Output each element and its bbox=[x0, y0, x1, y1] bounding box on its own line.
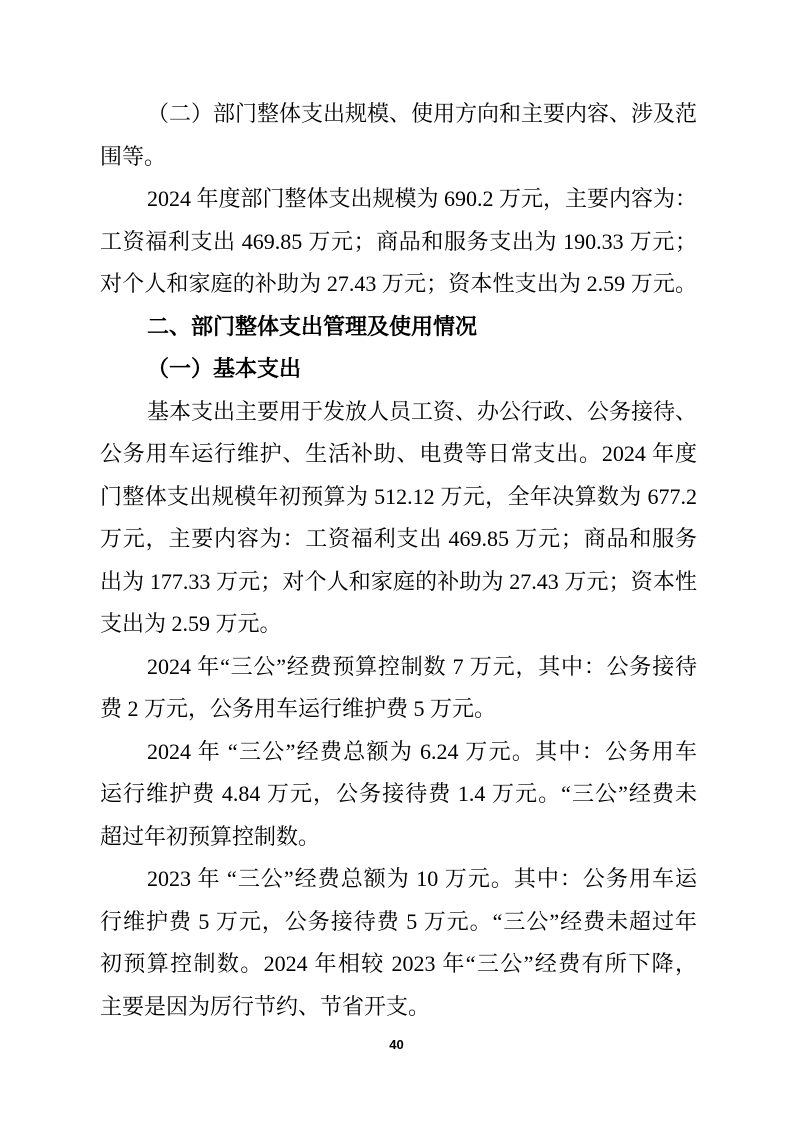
para-2024-sangong-total: 2024 年 “三公”经费总额为 6.24 万元。其中：公务用车运行维护费 4.… bbox=[100, 731, 697, 859]
text-line: 运行维护费 4.84 万元，公务接待费 1.4 万元。“三公”经费未 bbox=[100, 773, 697, 816]
text-line: 对个人和家庭的补助为 27.43 万元；资本性支出为 2.59 万元。 bbox=[100, 263, 697, 306]
text-line: 工资福利支出 469.85 万元；商品和服务支出为 190.33 万元； bbox=[100, 221, 697, 264]
text-line: 主要是因为厉行节约、节省开支。 bbox=[100, 986, 697, 1029]
text-line: 初预算控制数。2024 年相较 2023 年“三公”经费有所下降， bbox=[100, 943, 697, 986]
heading-section-2: 二、部门整体支出管理及使用情况 bbox=[100, 306, 697, 349]
para-2024-overall-expenditure: 2024 年度部门整体支出规模为 690.2 万元，主要内容为：工资福利支出 4… bbox=[100, 178, 697, 306]
text-line: 公务用车运行维护、生活补助、电费等日常支出。2024 年度部 bbox=[100, 433, 697, 476]
document-content: （二）部门整体支出规模、使用方向和主要内容、涉及范围等。2024 年度部门整体支… bbox=[100, 93, 697, 1028]
text-line: 围等。 bbox=[100, 136, 697, 179]
text-line: 超过年初预算控制数。 bbox=[100, 816, 697, 859]
text-line: 基本支出主要用于发放人员工资、办公行政、公务接待、 bbox=[100, 391, 697, 434]
text-line: 二、部门整体支出管理及使用情况 bbox=[100, 306, 697, 349]
text-line: 2023 年 “三公”经费总额为 10 万元。其中：公务用车运 bbox=[100, 858, 697, 901]
page-number: 40 bbox=[0, 1037, 793, 1052]
text-line: 门整体支出规模年初预算为 512.12 万元，全年决算数为 677.2 bbox=[100, 476, 697, 519]
heading-subsection-1: （一）基本支出 bbox=[100, 348, 697, 391]
document-page: （二）部门整体支出规模、使用方向和主要内容、涉及范围等。2024 年度部门整体支… bbox=[0, 0, 793, 1122]
text-line: 万元，主要内容为：工资福利支出 469.85 万元；商品和服务支 bbox=[100, 518, 697, 561]
text-line: （二）部门整体支出规模、使用方向和主要内容、涉及范 bbox=[100, 93, 697, 136]
para-basic-expenditure: 基本支出主要用于发放人员工资、办公行政、公务接待、公务用车运行维护、生活补助、电… bbox=[100, 391, 697, 646]
para-scope-intro: （二）部门整体支出规模、使用方向和主要内容、涉及范围等。 bbox=[100, 93, 697, 178]
para-2023-sangong-total: 2023 年 “三公”经费总额为 10 万元。其中：公务用车运行维护费 5 万元… bbox=[100, 858, 697, 1028]
text-line: 2024 年“三公”经费预算控制数 7 万元，其中：公务接待 bbox=[100, 646, 697, 689]
text-line: 出为 177.33 万元；对个人和家庭的补助为 27.43 万元；资本性 bbox=[100, 561, 697, 604]
para-2024-budget-control: 2024 年“三公”经费预算控制数 7 万元，其中：公务接待费 2 万元，公务用… bbox=[100, 646, 697, 731]
text-line: 2024 年度部门整体支出规模为 690.2 万元，主要内容为： bbox=[100, 178, 697, 221]
text-line: 行维护费 5 万元，公务接待费 5 万元。“三公”经费未超过年 bbox=[100, 901, 697, 944]
text-line: 费 2 万元，公务用车运行维护费 5 万元。 bbox=[100, 688, 697, 731]
text-line: 2024 年 “三公”经费总额为 6.24 万元。其中：公务用车 bbox=[100, 731, 697, 774]
text-line: （一）基本支出 bbox=[100, 348, 697, 391]
text-line: 支出为 2.59 万元。 bbox=[100, 603, 697, 646]
